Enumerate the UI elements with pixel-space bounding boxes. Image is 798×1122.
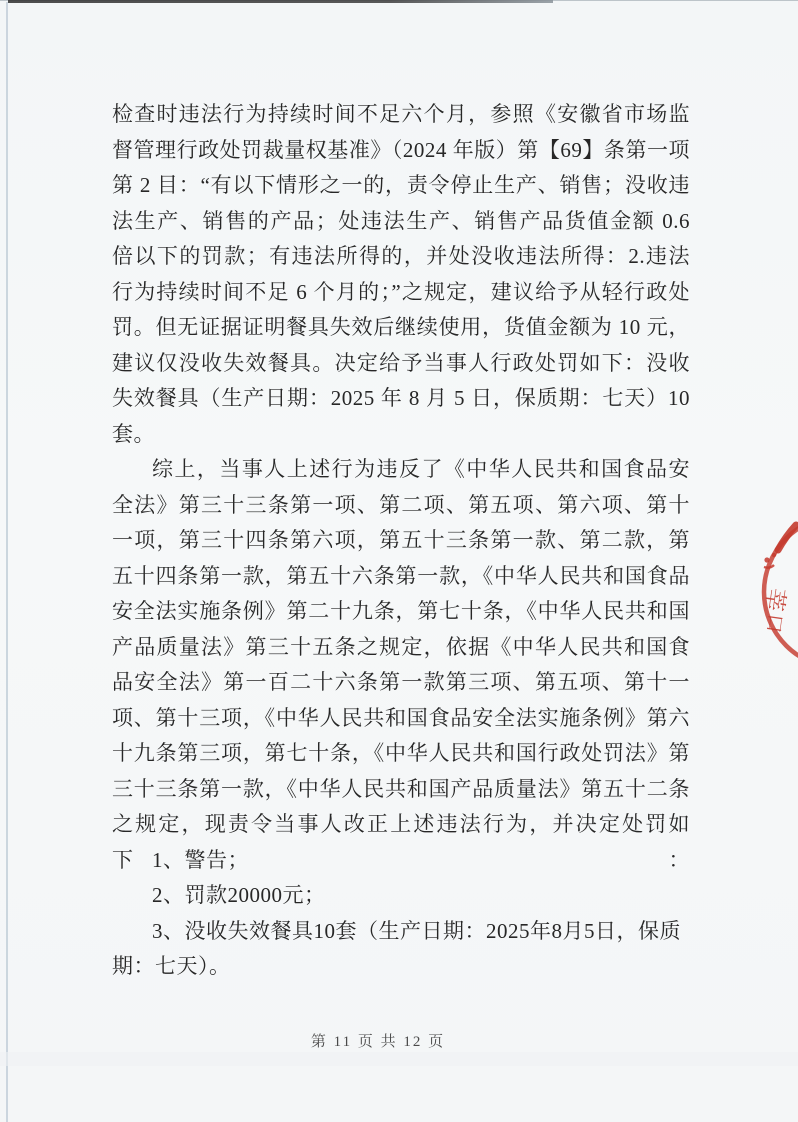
scan-artifact-band	[0, 1052, 798, 1066]
text-line: 项、第十三项，《中华人民共和国食品安全法实施条例》第六	[112, 701, 690, 737]
text-line: 品安全法》第一百二十六条第一款第三项、第五项、第十一	[112, 665, 690, 701]
scan-artifact-left-line	[6, 2, 8, 1122]
text-line: 一项，第三十四条第六项，第五十三条第一款、第二款，第	[112, 523, 690, 559]
red-official-seal-fragment: 莘 口	[740, 503, 798, 681]
text-line: 3、没收失效餐具10套（生产日期：2025年8月5日，保质	[112, 914, 690, 950]
text-line: 建议仅没收失效餐具。决定给予当事人行政处罚如下：没收	[112, 346, 690, 382]
seal-stroke	[778, 525, 796, 550]
text-line: 五十四条第一款，第五十六条第一款，《中华人民共和国食品	[112, 559, 690, 595]
text-line: 之规定，现责令当事人改正上述违法行为，并决定处罚如下：	[112, 807, 690, 843]
text-line: 产品质量法》第三十五条之规定，依据《中华人民共和国食	[112, 630, 690, 666]
text-line: 全法》第三十三条第一项、第二项、第五项、第六项、第十	[112, 488, 690, 524]
text-line: 倍以下的罚款；有违法所得的，并处没收违法所得：2.违法	[112, 239, 690, 275]
document-page: 检查时违法行为持续时间不足六个月，参照《安徽省市场监督管理行政处罚裁量权基准》（…	[0, 0, 798, 1122]
seal-dot	[764, 557, 769, 562]
body-text: 检查时违法行为持续时间不足六个月，参照《安徽省市场监督管理行政处罚裁量权基准》（…	[112, 97, 690, 985]
text-line: 综上，当事人上述行为违反了《中华人民共和国食品安	[112, 452, 690, 488]
text-line: 安全法实施条例》第二十九条，第七十条，《中华人民共和国	[112, 594, 690, 630]
text-line: 罚。但无证据证明餐具失效后继续使用，货值金额为 10 元，	[112, 310, 690, 346]
text-line: 第 2 目：“有以下情形之一的，责令停止生产、销售；没收违	[112, 168, 690, 204]
text-line: 失效餐具（生产日期：2025 年 8 月 5 日，保质期：七天）10	[112, 381, 690, 417]
seal-squiggle	[764, 565, 774, 568]
text-line: 行为持续时间不足 6 个月的；”之规定，建议给予从轻行政处	[112, 275, 690, 311]
seal-dot	[772, 553, 776, 557]
seal-character: 莘	[761, 586, 789, 612]
scan-artifact-top-dark-line	[8, 0, 553, 3]
text-line: 三十三条第一款，《中华人民共和国产品质量法》第五十二条	[112, 772, 690, 808]
text-line: 套。	[112, 417, 690, 453]
page-number-footer: 第 11 页 共 12 页	[0, 1030, 756, 1051]
text-line: 法生产、销售的产品；处违法生产、销售产品货值金额 0.6	[112, 204, 690, 240]
text-line: 十九条第三项，第七十条，《中华人民共和国行政处罚法》第	[112, 736, 690, 772]
text-line: 期：七天）。	[112, 949, 690, 985]
seal-character: 口	[762, 612, 785, 634]
seal-rim-arc	[764, 516, 798, 668]
text-line: 督管理行政处罚裁量权基准》（2024 年版）第【69】条第一项	[112, 133, 690, 169]
text-line: 2、罚款20000元；	[112, 878, 690, 914]
text-line: 检查时违法行为持续时间不足六个月，参照《安徽省市场监	[112, 97, 690, 133]
